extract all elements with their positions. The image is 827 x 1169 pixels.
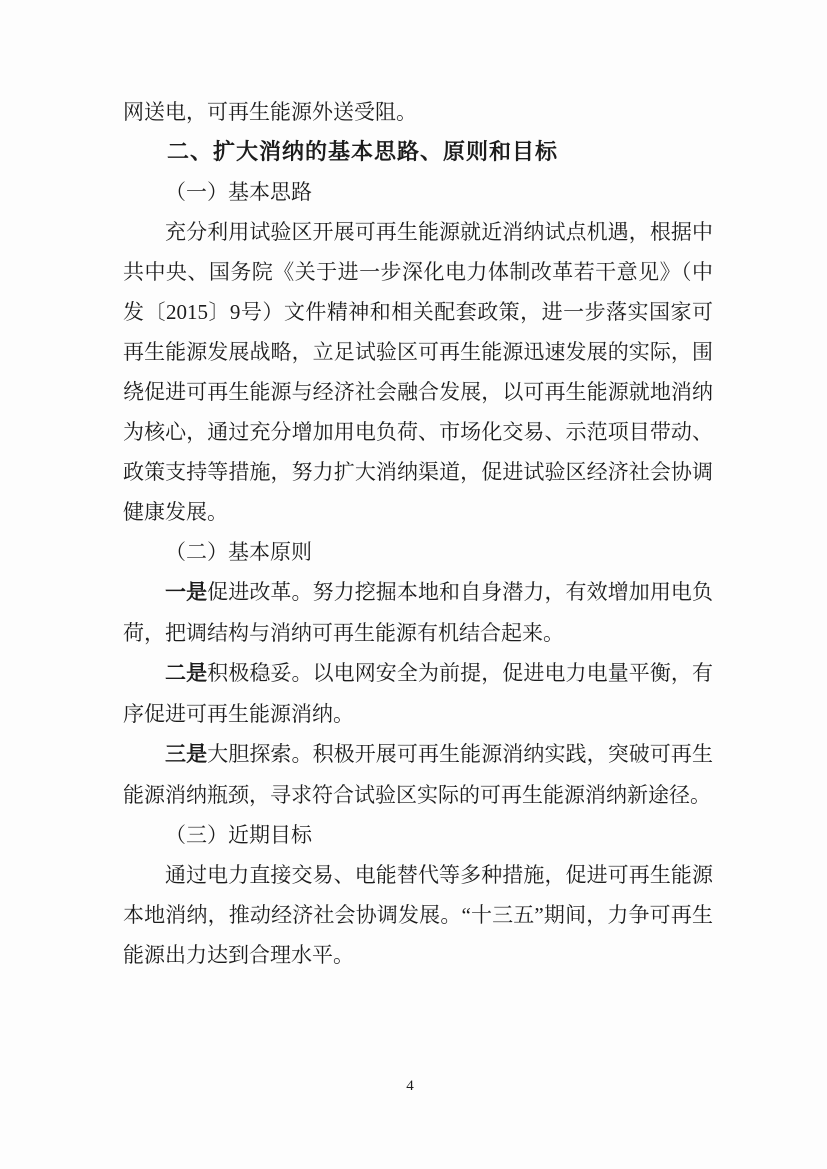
principle-item-1: 一是促进改革。努力挖掘本地和自身潜力，有效增加用电负荷，把调结构与消纳可再生能源… [123, 572, 713, 653]
principle-item-1-text: 促进改革。努力挖掘本地和自身潜力，有效增加用电负荷，把调结构与消纳可再生能源有机… [123, 580, 713, 645]
principle-item-2-lead: 二是 [165, 662, 207, 685]
page-number: 4 [0, 1076, 820, 1096]
section2-title: （二）基本原则 [123, 532, 713, 572]
principle-item-2-text: 积极稳妥。以电网安全为前提，促进电力电量平衡，有序促进可再生能源消纳。 [123, 661, 713, 726]
section1-title: （一）基本思路 [123, 172, 713, 212]
main-heading: 二、扩大消纳的基本思路、原则和目标 [123, 132, 713, 172]
principle-item-3: 三是大胆探索。积极开展可再生能源消纳实践，突破可再生能源消纳瓶颈，寻求符合试验区… [123, 734, 713, 815]
principle-item-3-text: 大胆探索。积极开展可再生能源消纳实践，突破可再生能源消纳瓶颈，寻求符合试验区实际… [123, 742, 713, 807]
document-page: 网送电，可再生能源外送受阻。 二、扩大消纳的基本思路、原则和目标 （一）基本思路… [0, 0, 827, 1169]
principle-item-1-lead: 一是 [165, 581, 207, 604]
section3-paragraph: 通过电力直接交易、电能替代等多种措施，促进可再生能源本地消纳，推动经济社会协调发… [123, 855, 713, 975]
principle-item-3-lead: 三是 [165, 743, 207, 766]
section1-paragraph: 充分利用试验区开展可再生能源就近消纳试点机遇，根据中共中央、国务院《关于进一步深… [123, 212, 713, 532]
continuation-line: 网送电，可再生能源外送受阻。 [123, 92, 713, 132]
document-text-block: 网送电，可再生能源外送受阻。 二、扩大消纳的基本思路、原则和目标 （一）基本思路… [123, 92, 713, 975]
principle-item-2: 二是积极稳妥。以电网安全为前提，促进电力电量平衡，有序促进可再生能源消纳。 [123, 653, 713, 734]
section3-title: （三）近期目标 [123, 815, 713, 855]
